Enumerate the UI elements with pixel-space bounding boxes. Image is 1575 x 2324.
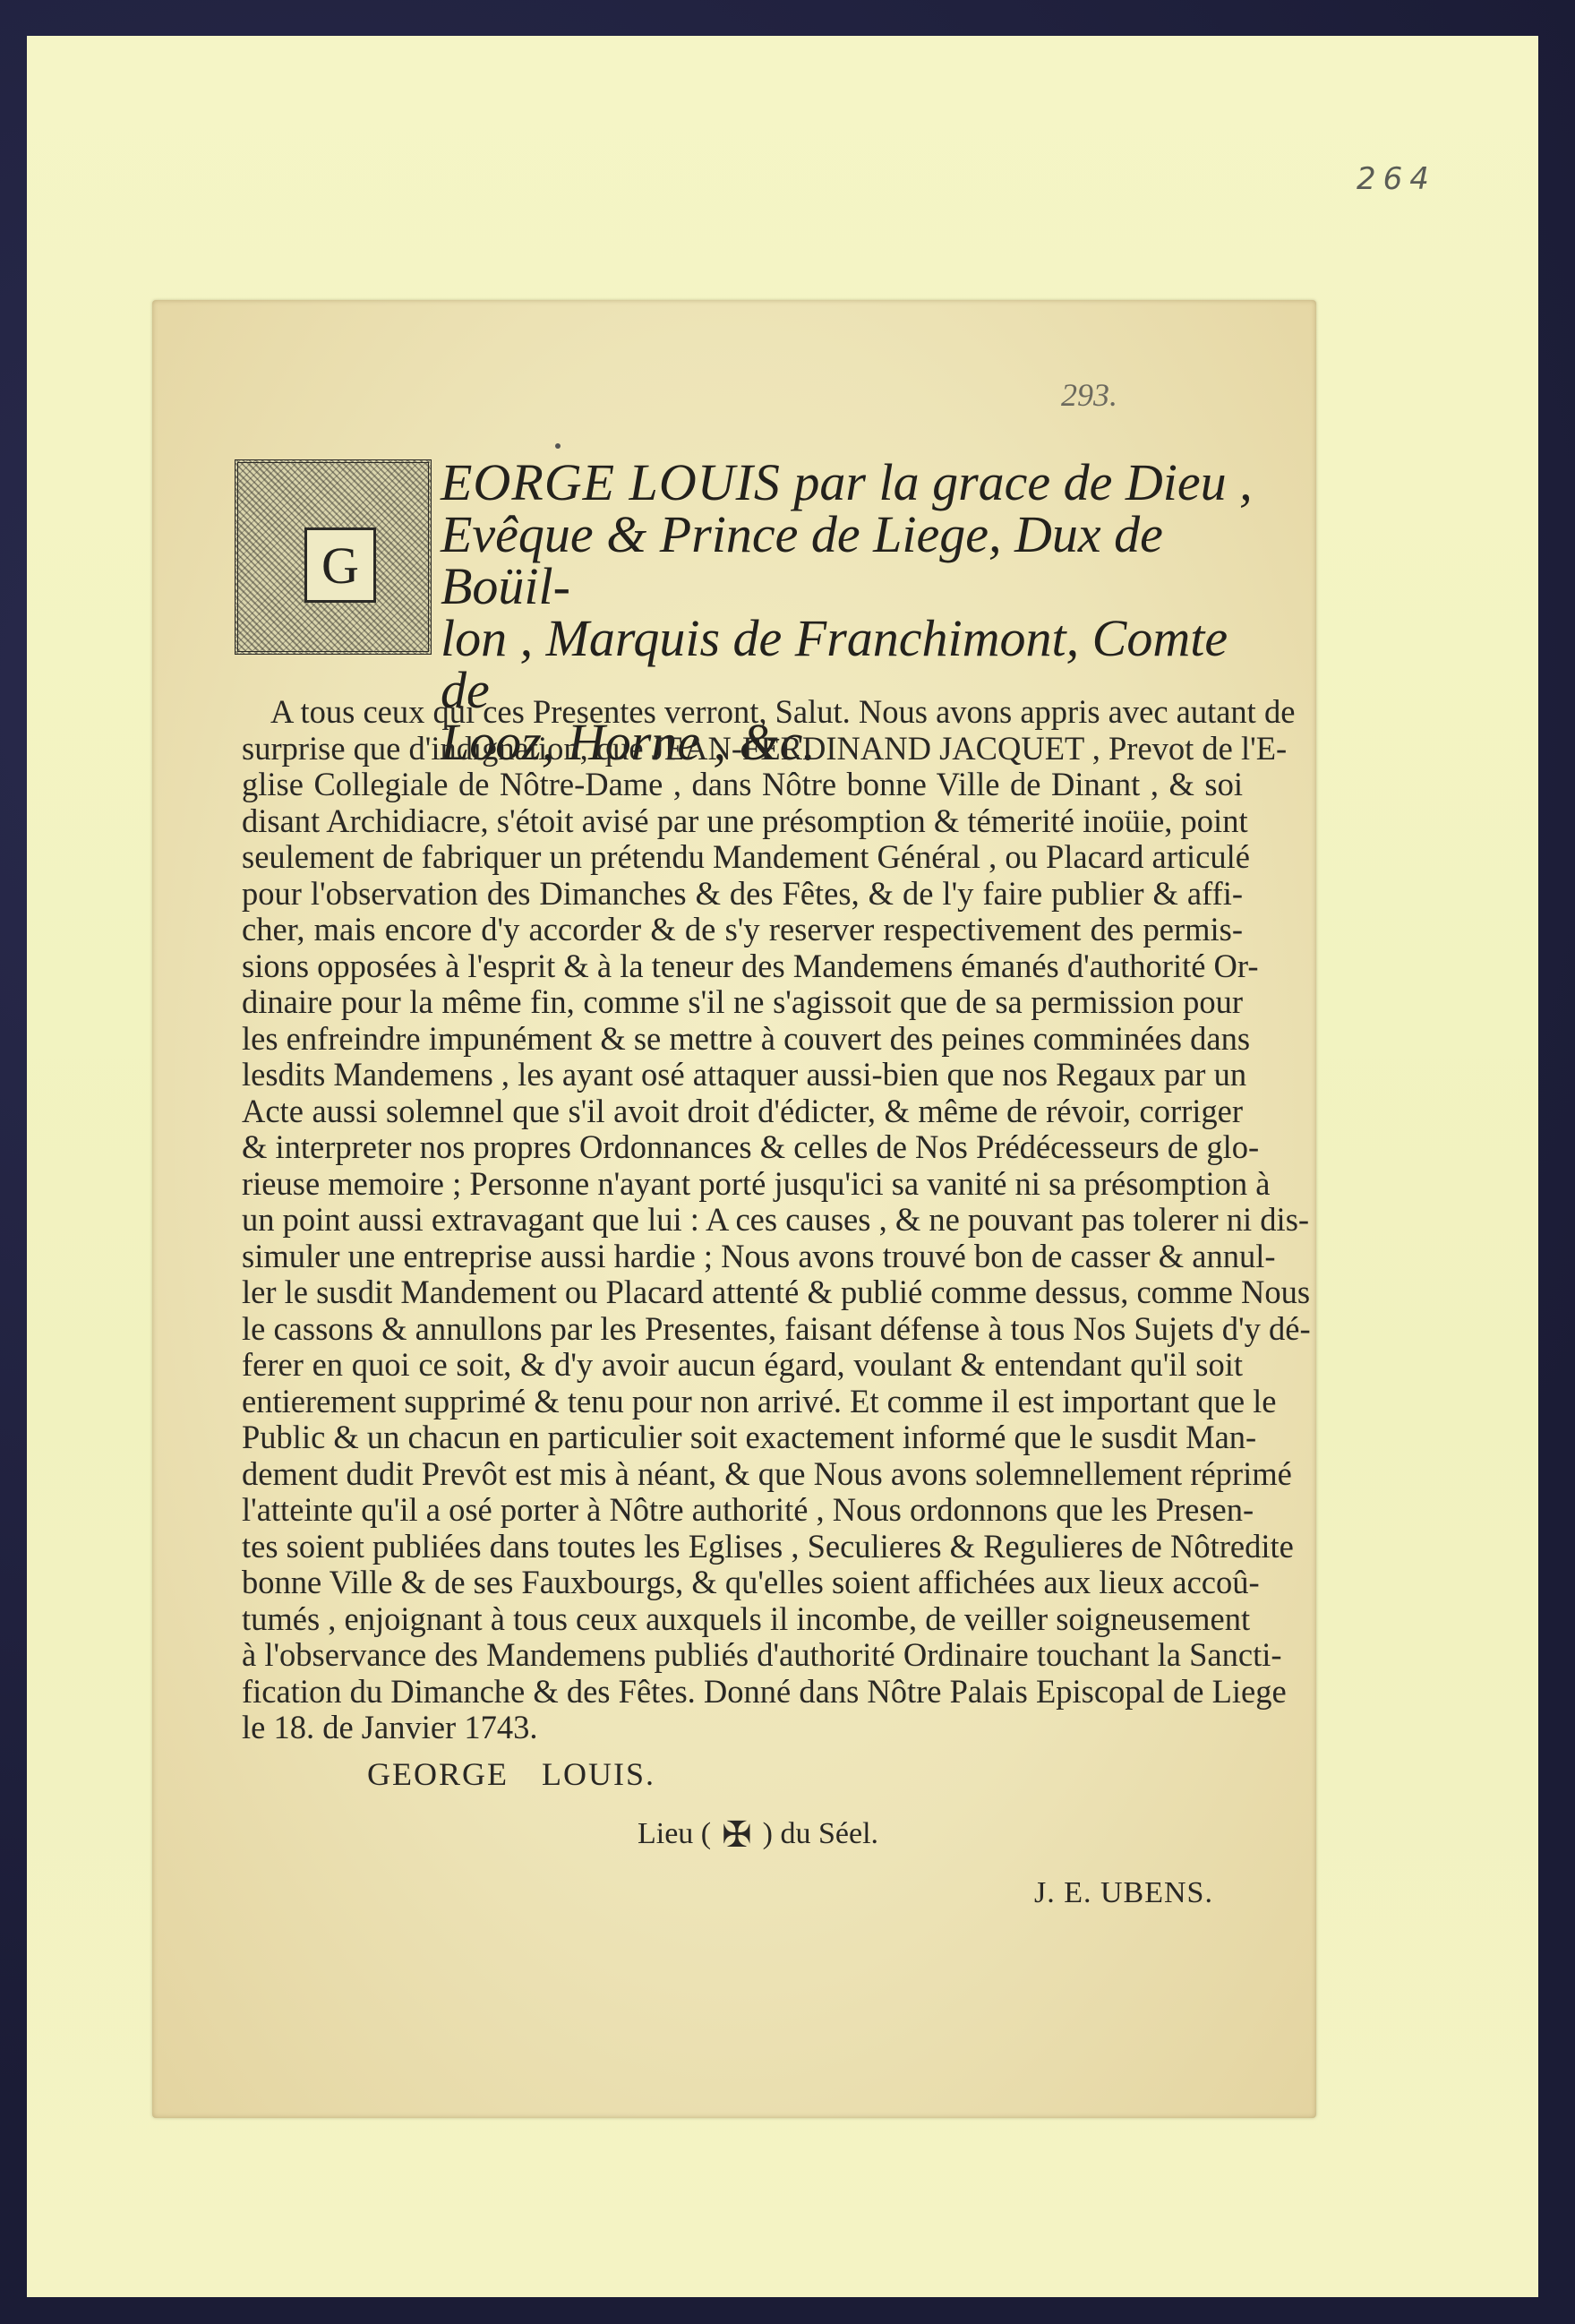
body-line-date: le 18. de Janvier 1743.	[242, 1710, 1243, 1746]
heading-line: EORGE LOUIS par la grace de Dieu ,	[441, 457, 1264, 509]
seal-prefix: Lieu (	[638, 1817, 711, 1850]
body-line: disant Archidiacre, s'étoit avisé par un…	[242, 803, 1243, 840]
body-line: glise Collegiale de Nôtre-Dame , dans Nô…	[242, 767, 1243, 803]
mount-folio-number: 264	[1357, 161, 1436, 197]
body-line: les enfreindre impunément & se mettre à …	[242, 1021, 1243, 1058]
body-line: dement dudit Prevôt est mis à néant, & q…	[242, 1456, 1243, 1493]
decorated-initial: G	[235, 459, 432, 655]
body-line: tumés , enjoignant à tous ceux auxquels …	[242, 1601, 1243, 1638]
body-line: fication du Dimanche & des Fêtes. Donné …	[242, 1674, 1243, 1711]
body-line: Public & un chacun en particulier soit e…	[242, 1419, 1243, 1456]
body-line: Acte aussi solemnel que s'il avoit droit…	[242, 1093, 1243, 1130]
body-line: simuler une entreprise aussi hardie ; No…	[242, 1239, 1243, 1275]
body-line: dinaire pour la même fin, comme s'il ne …	[242, 984, 1243, 1021]
ink-dot	[555, 443, 561, 449]
body-line: tes soient publiées dans toutes les Egli…	[242, 1529, 1243, 1565]
body-line: rieuse memoire ; Personne n'ayant porté …	[242, 1166, 1243, 1203]
body-line: seulement de fabriquer un prétendu Mande…	[242, 839, 1243, 876]
body-line: ler le susdit Mandement ou Placard atten…	[242, 1274, 1243, 1311]
body-line: lesdits Mandemens , les ayant osé attaqu…	[242, 1057, 1243, 1093]
seal-placement: Lieu (✠) du Séel.	[638, 1814, 878, 1856]
initial-letter: G	[304, 527, 376, 603]
body-line: & interpreter nos propres Ordonnances & …	[242, 1129, 1243, 1166]
body-line: A tous ceux qui ces Presentes verront, S…	[242, 694, 1243, 731]
heading-line: Evêque & Prince de Liege, Dux de Boüil-	[441, 509, 1264, 613]
body-line: l'atteinte qu'il a osé porter à Nôtre au…	[242, 1492, 1243, 1529]
secretary-signature: J. E. UBENS.	[1034, 1876, 1213, 1910]
body-line: cher, mais encore d'y accorder & de s'y …	[242, 912, 1243, 948]
body-line: entierement supprimé & tenu pour non arr…	[242, 1384, 1243, 1420]
body-line: sions opposées à l'esprit & à la teneur …	[242, 948, 1243, 985]
body-line: le cassons & annullons par les Presentes…	[242, 1311, 1243, 1348]
cross-pattee-icon: ✠	[722, 1814, 752, 1856]
body-line: ferer en quoi ce soit, & d'y avoir aucun…	[242, 1347, 1243, 1384]
body-line: pour l'observation des Dimanches & des F…	[242, 876, 1243, 913]
body-line: surprise que d'indignation, que JEAN-FER…	[242, 731, 1243, 768]
seal-suffix: ) du Séel.	[763, 1817, 878, 1850]
body-line: à l'observance des Mandemens publiés d'a…	[242, 1637, 1243, 1674]
body-line: bonne Ville & de ses Fauxbourgs, & qu'el…	[242, 1565, 1243, 1601]
body-line: un point aussi extravagant que lui : A c…	[242, 1202, 1243, 1239]
sheet-folio-number: 293.	[1061, 376, 1117, 414]
decree-body: A tous ceux qui ces Presentes verront, S…	[242, 694, 1243, 1746]
issuer-signature: GEORGE LOUIS.	[367, 1755, 655, 1793]
